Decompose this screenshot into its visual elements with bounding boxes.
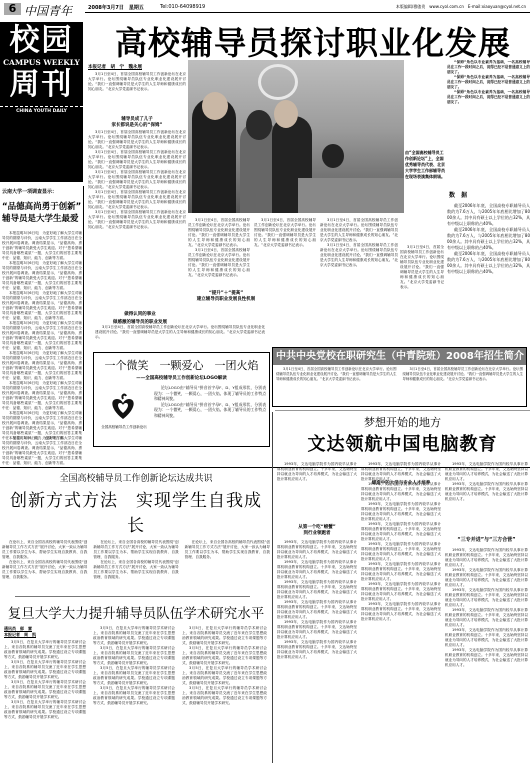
wenda-text-22: 1993年，文达电脑学院作为国内较早从事计算机职业教育的机构创立。十多年来，文达… — [445, 628, 528, 648]
right-intro-text: “保姆”角色以专业素养为基础，一名高校辅导员在工作一段时间之后，说得已经不是普通… — [447, 60, 530, 75]
fudan-body-3: 3月5日，在复旦大学举行的辅导员学术研讨会上，来自各院系的辅导员交流了近年来在学… — [182, 626, 267, 762]
lead-text-8: 3月1日至4日，首届全国高校辅导员工作创新论坛在北京大学举行。论坛围绕辅导员队伍… — [188, 248, 250, 278]
right-data-text-2: 截至2006年年底，全国高校专职辅导员人数约为7.6万人，与2005年年底相比增… — [447, 227, 530, 251]
data-subhead: 数 据 — [447, 190, 530, 199]
section-en-sub: CHINA YOUTH DAILY — [0, 106, 83, 114]
wenda-text-11: 1993年，文达电脑学院作为国内较早从事计算机职业教育的机构创立。十多年来，文达… — [361, 522, 441, 542]
wenda-subheads-a: 从第一个吃“螃蟹” 到行业领跑者 — [277, 524, 357, 536]
fudan-top-rule — [15, 596, 250, 597]
wenda-body-4: 1993年，文达电脑学院作为国内较早从事计算机职业教育的机构创立。十多年来，文达… — [445, 462, 528, 532]
lead-photo — [188, 60, 404, 213]
photo-caption: 由“全国高校辅导员工作创新论坛”上，全国优秀辅导员代表、北京大学学生工作部辅导员… — [405, 150, 445, 240]
ad-text-1: 3月1日至4日，首届全国高校辅导员工作创新论坛在北京大学举行。论坛围绕辅导员队伍… — [276, 367, 397, 382]
fudan-text-11: 3月5日，在复旦大学举行的辅导员学术研讨会上，来自各院系的辅导员交流了近年来在学… — [182, 666, 267, 686]
wenda-text-13: 1993年，文达电脑学院作为国内较早从事计算机职业教育的机构创立。十多年来，文达… — [361, 562, 441, 582]
fudan-text-1: 3月5日，在复旦大学举行的辅导员学术研讨会上，来自各院系的辅导员交流了近年来在学… — [4, 640, 86, 660]
lead-headline: 高校辅导员探讨职业化发展 — [115, 18, 511, 64]
lead-body-6: 3月1日至4日，首届全国高校辅导员工作创新论坛在北京大学举行。论坛围绕辅导员队伍… — [400, 245, 444, 310]
lead-subhead-2: 家长都说是关心的“保姆” — [88, 122, 186, 128]
wenda-subhead-3: “三专并进”与“三方合营” — [445, 536, 528, 543]
wenda-article: 梦想开始的地方 文达领航中国电脑教育 1993年，文达电脑学院作为国内较早从事计… — [275, 412, 530, 763]
center-body-lower: 3月1日至4日，首届全国高校辅导员工作创新论坛在北京大学举行。论坛围绕辅导员队伍… — [95, 325, 265, 350]
wenda-text-5: 1993年，文达电脑学院作为国内较早从事计算机职业教育的机构创立。十多年来，文达… — [277, 600, 357, 620]
forum-kicker: 全国高校辅导员工作创新论坛达成共识 — [2, 471, 270, 484]
header-right-line: 本版编辑/穆啟贵 www.cyol.com.cn E-mail:xiaoyuan… — [396, 4, 526, 10]
masthead: 6 中国青年报 校园 CAMPUS WEEKLY 周刊 CHINA YOUTH … — [0, 0, 83, 183]
right-intro: “保姆”角色以专业素养为基础，一名高校辅导员在工作一段时间之后，说得已经不是普通… — [447, 60, 530, 180]
wenda-text-7: 1993年，文达电脑学院作为国内较早从事计算机职业教育的机构创立。十多年来，文达… — [277, 640, 357, 660]
column-divider — [83, 186, 84, 431]
lead-text-10: 3月1日至4日，首届全国高校辅导员工作创新论坛在北京大学举行。论坛围绕辅导员队伍… — [320, 218, 398, 243]
wenda-text-4: 1993年，文达电脑学院作为国内较早从事计算机职业教育的机构创立。十多年来，文达… — [277, 580, 357, 600]
lead-body-2: 3月1日至4日，首届全国高校辅导员工作创新论坛在北京大学举行。论坛围绕辅导员队伍… — [88, 130, 186, 300]
wenda-body-5: 1993年，文达电脑学院作为国内较早从事计算机职业教育的机构创立。十多年来，文达… — [445, 548, 528, 762]
fudan-text-12: 3月5日，在复旦大学举行的辅导员学术研讨会上，来自各院系的辅导员交流了近年来在学… — [182, 686, 267, 706]
top-header-rule — [85, 12, 530, 13]
fudan-text-6: 3月5日，在复旦大学举行的辅导员学术研讨会上，来自各院系的辅导员交流了近年来在学… — [93, 646, 175, 666]
vertical-divider — [272, 412, 273, 763]
person-4-head — [322, 144, 344, 168]
logo-box-text-2: 论坛LOGO由“辅导员”拼音首字母F、D、Y组成形状，分别表现为：一个微笑，一颗… — [154, 402, 266, 419]
forum-text-4: 在论坛上，来自全国各高校的辅导员代表围绕“创新辅导员工作方式方法”展开讨论，大家… — [93, 560, 178, 580]
wenda-text-9: 1993年，文达电脑学院作为国内较早从事计算机职业教育的机构创立。十多年来，文达… — [361, 482, 441, 502]
lead-body-5: 3月1日至4日，首届全国高校辅导员工作创新论坛在北京大学举行。论坛围绕辅导员队伍… — [320, 218, 398, 328]
left-body-text-4: 本报昆明3月6日电 为更好地了解大学生对辅导员的期望与评价，云南大学学生工作部近… — [2, 321, 82, 351]
wenda-body-3: 1993年，文达电脑学院作为国内较早从事计算机职业教育的机构创立。十多年来，文达… — [361, 462, 441, 762]
forum-text-5: 在论坛上，来自全国各高校的辅导员代表围绕“创新辅导员工作方式方法”展开讨论，大家… — [185, 540, 270, 560]
wenda-text-20: 1993年，文达电脑学院作为国内较早从事计算机职业教育的机构创立。十多年来，文达… — [445, 588, 528, 608]
forum-text-3: 在论坛上，来自全国各高校的辅导员代表围绕“创新辅导员工作方式方法”展开讨论，大家… — [93, 540, 178, 560]
fudan-article: 复旦大学大力提升辅导员队伍学术研究水平 通讯员 郁 雷 本报记者 周 凯 3月5… — [2, 598, 270, 763]
fudan-headline: 复旦大学大力提升辅导员队伍学术研究水平 — [2, 602, 270, 622]
left-body-text-6: 本报昆明3月6日电 为更好地了解大学生对辅导员的期望与评价，云南大学学生工作部近… — [2, 381, 82, 411]
lead-text-7: 3月1日至4日，首届全国高校辅导员工作创新论坛在北京大学举行。论坛围绕辅导员队伍… — [188, 218, 250, 248]
page-number: 6 — [4, 3, 21, 15]
section-title-bottom: 周刊 — [0, 68, 83, 102]
ad-banner-body: 3月1日至4日，首届全国高校辅导员工作创新论坛在北京大学举行。论坛围绕辅导员队伍… — [273, 365, 526, 405]
ad-banner: 中共中央党校在职研究生（中青院班）2008年招生简介 3月1日至4日，首届全国高… — [272, 347, 527, 407]
wenda-text-6: 1993年，文达电脑学院作为国内较早从事计算机职业教育的机构创立。十多年来，文达… — [277, 620, 357, 640]
forum-text-1: 在论坛上，来自全国各高校的辅导员代表围绕“创新辅导员工作方式方法”展开讨论，大家… — [2, 540, 87, 560]
wenda-text-10: 1993年，文达电脑学院作为国内较早从事计算机职业教育的机构创立。十多年来，文达… — [361, 502, 441, 522]
person-1-head — [202, 92, 228, 120]
wenda-text-19: 1993年，文达电脑学院作为国内较早从事计算机职业教育的机构创立。十多年来，文达… — [445, 568, 528, 588]
left-body-text-5: 本报昆明3月6日电 为更好地了解大学生对辅导员的期望与评价，云南大学学生工作部近… — [2, 351, 82, 381]
center-subhead-2: 建立辅导员职业发展良性机制 — [186, 296, 266, 302]
lead-body-col: 本报记者 胡 宁 魏永展 3月1日至4日，首届全国高校辅导员工作创新论坛在北京大… — [88, 64, 186, 308]
left-body-text-2: 本报昆明3月6日电 为更好地了解大学生对辅导员的期望与评价，云南大学学生工作部近… — [2, 261, 82, 291]
left-body-text-3: 本报昆明3月6日电 为更好地了解大学生对辅导员的期望与评价，云南大学学生工作部近… — [2, 291, 82, 321]
lead-text-9: 3月1日至4日，首届全国高校辅导员工作创新论坛在北京大学举行。论坛围绕辅导员队伍… — [254, 218, 316, 248]
ad-text-2: 3月1日至4日，首届全国高校辅导员工作创新论坛在北京大学举行。论坛围绕辅导员队伍… — [403, 367, 524, 382]
lead-text-1: 3月1日至4日，首届全国高校辅导员工作创新论坛在北京大学举行。论坛围绕辅导员队伍… — [88, 72, 186, 92]
date-line: 2008年3月7日 星期五 — [88, 4, 144, 11]
wenda-top-rule — [275, 410, 530, 411]
section-en-sub-text: CHINA YOUTH DAILY — [16, 109, 67, 114]
person-3-head — [274, 100, 298, 128]
lead-body-1: 3月1日至4日，首届全国高校辅导员工作创新论坛在北京大学举行。论坛围绕辅导员队伍… — [88, 72, 186, 112]
fudan-text-3: 3月5日，在复旦大学举行的辅导员学术研讨会上，来自各院系的辅导员交流了近年来在学… — [4, 680, 86, 700]
fudan-text-8: 3月5日，在复旦大学举行的辅导员学术研讨会上，来自各院系的辅导员交流了近年来在学… — [93, 686, 175, 706]
center-subheads: “提升”＋“提高” 建立辅导员职业发展良性机制 — [186, 290, 266, 302]
fudan-text-4: 3月5日，在复旦大学举行的辅导员学术研讨会上，来自各院系的辅导员交流了近年来在学… — [4, 700, 86, 720]
fudan-text-5: 3月5日，在复旦大学举行的辅导员学术研讨会上，来自各院系的辅导员交流了近年来在学… — [93, 626, 175, 646]
wenda-text-8: 1993年，文达电脑学院作为国内较早从事计算机职业教育的机构创立。十多年来，文达… — [361, 462, 441, 482]
fudan-text-10: 3月5日，在复旦大学举行的辅导员学术研讨会上，来自各院系的辅导员交流了近年来在学… — [182, 646, 267, 666]
person-2-head — [246, 110, 272, 140]
center-lower-text: 3月1日至4日，首届全国高校辅导员工作创新论坛在北京大学举行。论坛围绕辅导员队伍… — [95, 325, 265, 340]
wenda-text-15: 1993年，文达电脑学院作为国内较早从事计算机职业教育的机构创立。十多年来，文达… — [361, 602, 441, 622]
wenda-text-2: 1993年，文达电脑学院作为国内较早从事计算机职业教育的机构创立。十多年来，文达… — [277, 540, 357, 560]
wenda-text-21: 1993年，文达电脑学院作为国内较早从事计算机职业教育的机构创立。十多年来，文达… — [445, 608, 528, 628]
logo-box-headline: 一个微笑 一颗爱心 一团火焰 — [94, 357, 269, 373]
right-data-text: 截至2006年年底，全国高校专职辅导员人数约为7.6万人，与2005年年底相比增… — [447, 203, 530, 227]
logo-box-subline: ——全国高校辅导员工作创新论坛LOGO解读 — [94, 375, 269, 381]
fudan-body-2: 3月5日，在复旦大学举行的辅导员学术研讨会上，来自各院系的辅导员交流了近年来在学… — [93, 626, 175, 762]
wenda-headline: 文达领航中国电脑教育 — [275, 430, 530, 456]
lead-text-12: 3月1日至4日，首届全国高校辅导员工作创新论坛在北京大学举行。论坛围绕辅导员队伍… — [400, 245, 444, 290]
forum-text-2: 在论坛上，来自全国各高校的辅导员代表围绕“创新辅导员工作方式方法”展开讨论，大家… — [2, 560, 87, 580]
fudan-byline: 通讯员 郁 雷 本报记者 周 凯 — [4, 626, 64, 638]
lead-byline: 本报记者 胡 宁 魏永展 — [88, 64, 186, 70]
left-kicker: 云南大学一项调查显示： — [2, 188, 82, 195]
wenda-body-2: 1993年，文达电脑学院作为国内较早从事计算机职业教育的机构创立。十多年来，文达… — [277, 540, 357, 762]
logo-box-body: 论坛LOGO由“辅导员”拼音首字母F、D、Y组成形状，分别表现为：一个微笑，一颗… — [154, 385, 266, 445]
section-title-top: 校园 — [0, 24, 83, 58]
wenda-subheads-c: “三专并进”与“三方合营” — [445, 536, 528, 543]
fudan-body-1: 3月5日，在复旦大学举行的辅导员学术研讨会上，来自各院系的辅导员交流了近年来在学… — [4, 640, 86, 762]
photo-caption-text: 由“全国高校辅导员工作创新论坛”上，全国优秀辅导员代表、北京大学学生工作部辅导员… — [405, 150, 445, 179]
left-body-text: 本报昆明3月6日电 为更好地了解大学生对辅导员的期望与评价，云南大学学生工作部近… — [2, 231, 82, 261]
logo-box-text: 论坛LOGO由“辅导员”拼音首字母F、D、Y组成形状，分别表现为：一个微笑，一颗… — [154, 385, 266, 402]
fudan-byline-2: 本报记者 周 凯 — [4, 632, 64, 638]
left-lower-text: 本报昆明3月6日电 为更好地了解大学生对辅导员的期望与评价，云南大学学生工作部近… — [2, 436, 82, 466]
fudan-text-9: 3月5日，在复旦大学举行的辅导员学术研讨会上，来自各院系的辅导员交流了近年来在学… — [182, 626, 267, 646]
lead-text-2: 3月1日至4日，首届全国高校辅导员工作创新论坛在北京大学举行。论坛围绕辅导员队伍… — [88, 130, 186, 150]
forum-logo-label: 全国高校辅导员工作创新论坛 — [99, 425, 149, 430]
forum-article: 全国高校辅导员工作创新论坛达成共识 创新方式方法 实现学生自我成长 在论坛上，来… — [2, 467, 270, 592]
wenda-text-3: 1993年，文达电脑学院作为国内较早从事计算机职业教育的机构创立。十多年来，文达… — [277, 560, 357, 580]
lead-text-11: 3月1日至4日，首届全国高校辅导员工作创新论坛在北京大学举行。论坛围绕辅导员队伍… — [320, 243, 398, 268]
right-intro-text-2: “保姆”角色以专业素养为基础，一名高校辅导员在工作一段时间之后，说得已经不是普通… — [447, 75, 530, 90]
lead-text-4: 3月1日至4日，首届全国高校辅导员工作创新论坛在北京大学举行。论坛围绕辅导员队伍… — [88, 170, 186, 190]
lead-text-6: 3月1日至4日，首届全国高校辅导员工作创新论坛在北京大学举行。论坛围绕辅导员队伍… — [88, 210, 186, 230]
wenda-text-14: 1993年，文达电脑学院作为国内较早从事计算机职业教育的机构创立。十多年来，文达… — [361, 582, 441, 602]
fudan-text-2: 3月5日，在复旦大学举行的辅导员学术研讨会上，来自各院系的辅导员交流了近年来在学… — [4, 660, 86, 680]
wenda-text-16: 1993年，文达电脑学院作为国内较早从事计算机职业教育的机构创立。十多年来，文达… — [445, 462, 528, 482]
tel-line: Tel:010-64098919 — [160, 4, 205, 10]
fudan-text-7: 3月5日，在复旦大学举行的辅导员学术研讨会上，来自各院系的辅导员交流了近年来在学… — [93, 666, 175, 686]
wenda-text-17: 1993年，文达电脑学院作为国内较早从事计算机职业教育的机构创立。十多年来，文达… — [445, 482, 528, 502]
right-intro-text-3: “保姆”角色以专业素养为基础，一名高校辅导员在工作一段时间之后，说得已经不是普通… — [447, 90, 530, 105]
wenda-text-1: 1993年，文达电脑学院作为国内较早从事计算机职业教育的机构创立。十多年来，文达… — [277, 462, 357, 482]
left-headline-2: 辅导员是大学生最爱 — [2, 213, 82, 225]
podium — [298, 178, 404, 213]
forum-headline: 创新方式方法 实现学生自我成长 — [2, 486, 270, 536]
left-body: 本报昆明3月6日电 为更好地了解大学生对辅导员的期望与评价，云南大学学生工作部近… — [2, 231, 82, 446]
center-subhead-3: 做得认同的事业 — [95, 311, 185, 317]
right-data-text-3: 截至2006年年底，全国高校专职辅导员人数约为7.6万人，与2005年年底相比增… — [447, 251, 530, 275]
wenda-kicker: 梦想开始的地方 — [275, 414, 530, 430]
left-body-lower: 本报昆明3月6日电 为更好地了解大学生对辅导员的期望与评价，云南大学学生工作部近… — [2, 436, 82, 468]
ad-banner-title-text: 中共中央党校在职研究生（中青院班）2008年招生简介 — [276, 351, 524, 362]
wenda-text-18: 1993年，文达电脑学院作为国内较早从事计算机职业教育的机构创立。十多年来，文达… — [445, 548, 528, 568]
lead-text-5: 3月1日至4日，首届全国高校辅导员工作创新论坛在北京大学举行。论坛围绕辅导员队伍… — [88, 190, 186, 210]
logo-box: 一个微笑 一颗爱心 一团火焰 ——全国高校辅导员工作创新论坛LOGO解读 全国高… — [93, 352, 270, 447]
heart-logo-icon — [258, 64, 298, 100]
wenda-text-12: 1993年，文达电脑学院作为国内较早从事计算机职业教育的机构创立。十多年来，文达… — [361, 542, 441, 562]
center-subheads-lower: 做得认同的事业 做感激的辅导员的职业发展 — [95, 311, 185, 325]
wenda-text-23: 1993年，文达电脑学院作为国内较早从事计算机职业教育的机构创立。十多年来，文达… — [445, 648, 528, 668]
ad-banner-title: 中共中央党校在职研究生（中青院班）2008年招生简介 — [273, 348, 526, 365]
wenda-subhead-2: 到行业领跑者 — [277, 530, 357, 536]
lead-body-4: 3月1日至4日，首届全国高校辅导员工作创新论坛在北京大学举行。论坛围绕辅导员队伍… — [254, 218, 316, 278]
section-title-block: 校园 CAMPUS WEEKLY 周刊 CHINA YOUTH DAILY — [0, 22, 83, 182]
left-headline-1: “品德高尚勇于创新” — [2, 201, 82, 213]
forum-logo-icon — [108, 391, 138, 421]
wenda-body-1: 1993年，文达电脑学院作为国内较早从事计算机职业教育的机构创立。十多年来，文达… — [277, 462, 357, 517]
lead-text-3: 3月1日至4日，首届全国高校辅导员工作创新论坛在北京大学举行。论坛围绕辅导员队伍… — [88, 150, 186, 170]
